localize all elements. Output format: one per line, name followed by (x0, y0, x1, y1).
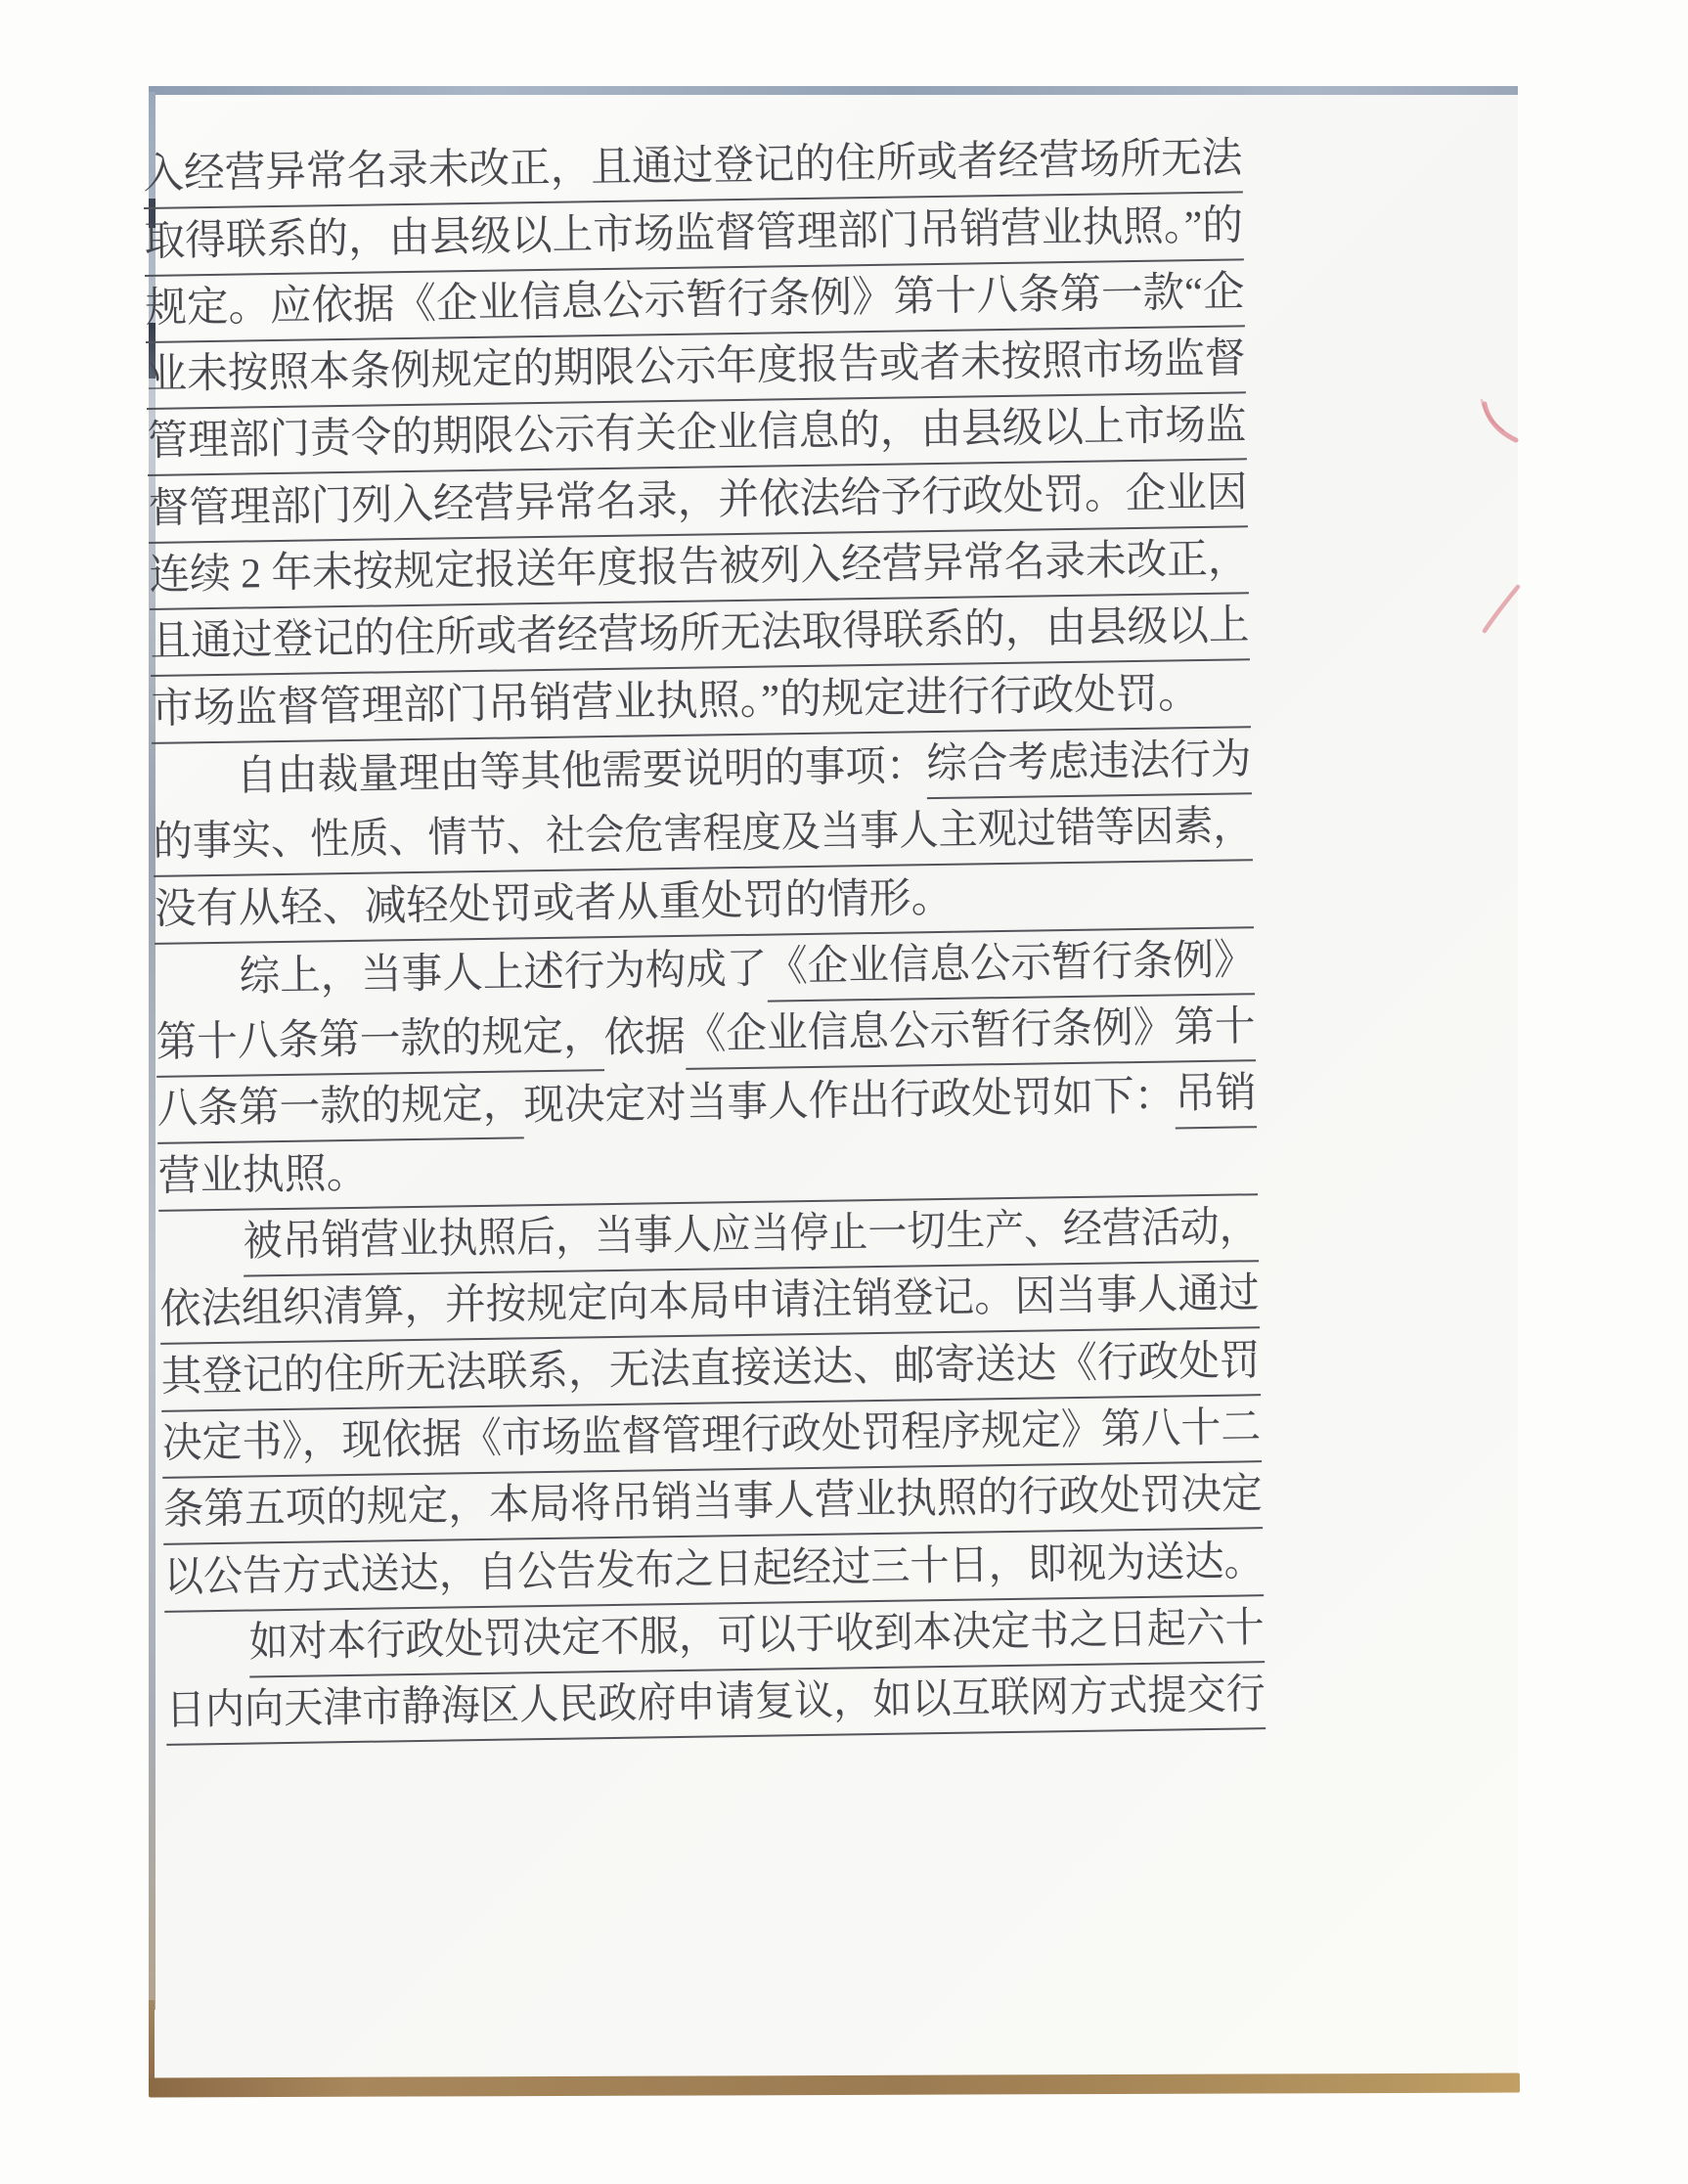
template-text-segment: 综上，当事人上述行为构成了 (239, 935, 768, 1009)
filled-text-segment: 《企业信息公示暂行条例》 (767, 926, 1255, 1002)
filled-text-segment: 第十八条第一款的规定， (155, 1003, 604, 1078)
filled-text-segment: 吊销 (1175, 1060, 1257, 1130)
filled-text-segment: 八条第一款的规定， (156, 1071, 524, 1145)
red-seal-stamp-arc (1452, 372, 1531, 655)
template-text-segment: 依据 (603, 1003, 686, 1071)
paper-top-edge (149, 86, 1518, 95)
scan-background: 入经营异常名录未改正，且通过登记的住所或者经营场所无法取得联系的，由县级以上市场… (0, 0, 1688, 2184)
filled-text-segment: 营业执照。 (157, 1139, 369, 1211)
template-text-segment: 现决定对当事人作出行政处罚如下： (523, 1063, 1176, 1139)
filled-text-segment: 《企业信息公示暂行条例》第十 (685, 993, 1256, 1070)
filled-text-segment: 综合考虑违法行为 (926, 726, 1252, 799)
template-text-segment: 自由裁量理由等其他需要说明的事项： (236, 733, 927, 809)
paper-left-edge-lower (149, 2000, 155, 2090)
table-edge (149, 2073, 1520, 2098)
document-body: 入经营异常名录未改正，且通过登记的住所或者经营场所无法取得联系的，由县级以上市场… (143, 126, 1266, 1746)
